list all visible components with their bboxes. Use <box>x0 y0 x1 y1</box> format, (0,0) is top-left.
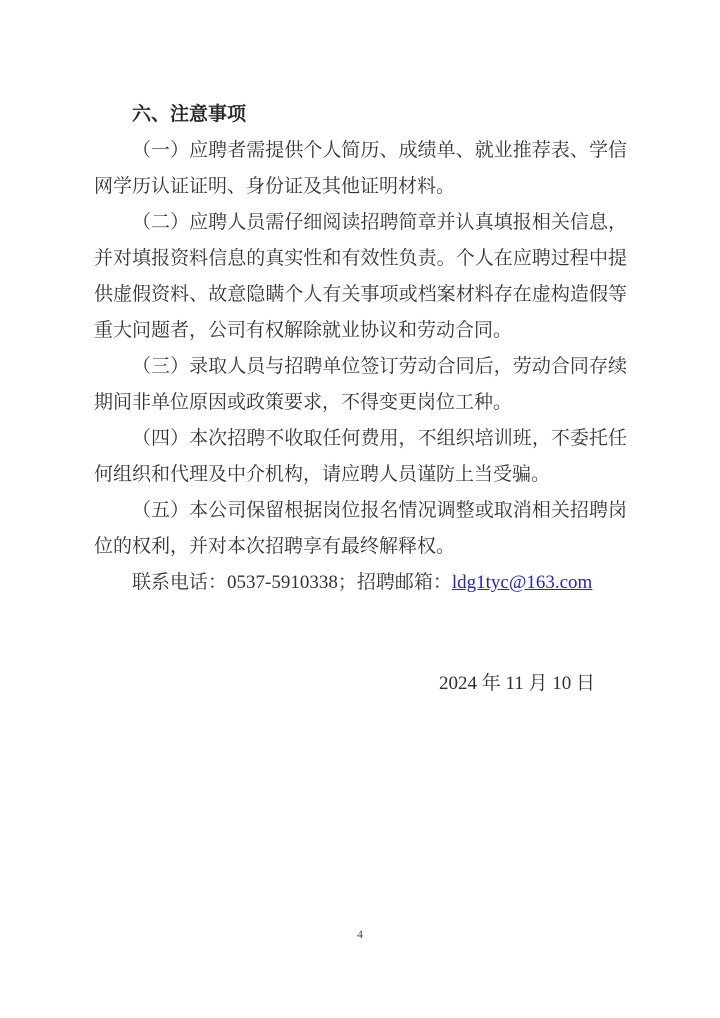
section-heading: 六、注意事项 <box>94 97 627 133</box>
text-line: （四）本次招聘不收取任何费用，不组织培训班，不委托任 <box>94 421 627 457</box>
contact-line: 联系电话：0537-5910338；招聘邮箱：ldg1tyc@163.com <box>94 565 627 601</box>
phone-number: 0537-5910338 <box>227 572 338 593</box>
text-line: （三）录取人员与招聘单位签订劳动合同后，劳动合同存续 <box>94 349 627 385</box>
page-number: 4 <box>0 926 720 942</box>
contact-separator: ； <box>338 572 357 593</box>
text-line: 供虚假资料、故意隐瞒个人有关事项或档案材料存在虚构造假等 <box>94 277 627 313</box>
text-line: （一）应聘者需提供个人简历、成绩单、就业推荐表、学信 <box>94 133 627 169</box>
document-date: 2024 年 11 月 10 日 <box>0 666 720 702</box>
email-label: 招聘邮箱： <box>357 572 452 593</box>
scanned-document-page: 六、注意事项 （一）应聘者需提供个人简历、成绩单、就业推荐表、学信 网学历认证证… <box>0 0 720 1018</box>
text-line: 重大问题者，公司有权解除就业协议和劳动合同。 <box>94 313 627 349</box>
text-line: 位的权利，并对本次招聘享有最终解释权。 <box>94 529 627 565</box>
text-line: 何组织和代理及中介机构，请应聘人员谨防上当受骗。 <box>94 457 627 493</box>
text-line: （五）本公司保留根据岗位报名情况调整或取消相关招聘岗 <box>94 493 627 529</box>
email-link[interactable]: ldg1tyc@163.com <box>452 572 592 593</box>
phone-label: 联系电话： <box>132 572 227 593</box>
document-body: 六、注意事项 （一）应聘者需提供个人简历、成绩单、就业推荐表、学信 网学历认证证… <box>94 97 627 601</box>
text-line: 网学历认证证明、身份证及其他证明材料。 <box>94 169 627 205</box>
text-line: （二）应聘人员需仔细阅读招聘简章并认真填报相关信息， <box>94 205 627 241</box>
text-line: 期间非单位原因或政策要求，不得变更岗位工种。 <box>94 385 627 421</box>
text-line: 并对填报资料信息的真实性和有效性负责。个人在应聘过程中提 <box>94 241 627 277</box>
